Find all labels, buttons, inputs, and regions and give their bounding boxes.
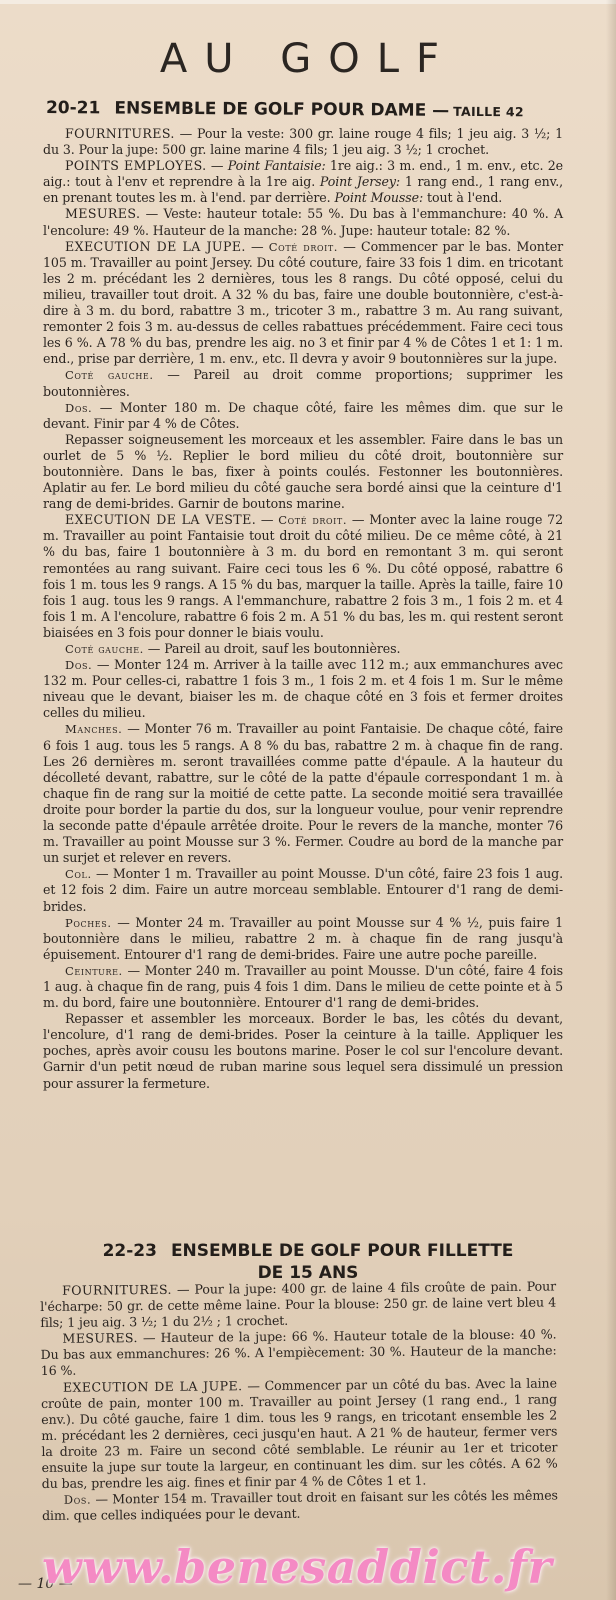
instructions-fillette: FOURNITURES. — Pour la jupe: 400 gr. de … — [40, 1278, 558, 1524]
page-right-edge-shadow — [606, 0, 616, 1600]
paragraph-jupe-assemblage: Repasser soigneusement les morceaux et l… — [43, 432, 563, 512]
pattern-number: 22-23 — [103, 1241, 157, 1261]
paragraph-mesures: MESURES. — Hauteur de la jupe: 66 %. Hau… — [40, 1327, 556, 1380]
section-title-line1: ENSEMBLE DE GOLF POUR FILLETTE — [171, 1241, 513, 1261]
section-heading-fillette: 22-23ENSEMBLE DE GOLF POUR FILLETTE DE 1… — [0, 1240, 616, 1284]
page-title: AU GOLF — [0, 36, 616, 82]
paragraph-jupe-droit: EXECUTION DE LA JUPE. — Coté droit. — Co… — [43, 239, 563, 368]
paragraph-veste-gauche: Coté gauche. — Pareil au droit, sauf les… — [43, 641, 563, 657]
paragraph-col: Col. — Monter 1 m. Travailler au point M… — [43, 866, 563, 914]
paragraph-veste-assemblage: Repasser et assembler les morceaux. Bord… — [43, 1011, 563, 1091]
paragraph-dos: Dos. — Monter 154 m. Travailler tout dro… — [42, 1488, 558, 1525]
paragraph-veste-dos: Dos. — Monter 124 m. Arriver à la taille… — [43, 657, 563, 721]
paragraph-mesures: MESURES. — Veste: hauteur totale: 55 %. … — [43, 206, 563, 238]
paragraph-points: POINTS EMPLOYES. — Point Fantaisie: 1re … — [43, 158, 563, 206]
paragraph-jupe-gauche: Coté gauche. — Pareil au droit comme pro… — [43, 367, 563, 399]
section-heading-dame: 20-21ENSEMBLE DE GOLF POUR DAME —TAILLE … — [46, 98, 576, 122]
paragraph-fournitures: FOURNITURES. — Pour la veste: 300 gr. la… — [43, 126, 563, 158]
paragraph-jupe-dos: Dos. — Monter 180 m. De chaque côté, fai… — [43, 400, 563, 432]
pattern-number: 20-21 — [46, 98, 101, 118]
section-title: ENSEMBLE DE GOLF POUR DAME — — [114, 98, 449, 120]
paragraph-jupe: EXECUTION DE LA JUPE. — Commencer par un… — [41, 1375, 558, 1492]
page-top-edge — [0, 0, 616, 4]
magazine-page: AU GOLF 20-21ENSEMBLE DE GOLF POUR DAME … — [0, 0, 616, 1600]
size-label: TAILLE 42 — [453, 104, 524, 119]
paragraph-veste-droit: EXECUTION DE LA VESTE. — Coté droit. — M… — [43, 512, 563, 641]
paragraph-fournitures: FOURNITURES. — Pour la jupe: 400 gr. de … — [40, 1278, 556, 1331]
watermark-link[interactable]: www.benesaddict.fr — [42, 1540, 602, 1594]
paragraph-manches: Manches. — Monter 76 m. Travailler au po… — [43, 721, 563, 866]
instructions-dame: FOURNITURES. — Pour la veste: 300 gr. la… — [43, 126, 563, 1092]
paragraph-ceinture: Ceinture. — Monter 240 m. Travailler au … — [43, 963, 563, 1011]
paragraph-poches: Poches. — Monter 24 m. Travailler au poi… — [43, 915, 563, 963]
